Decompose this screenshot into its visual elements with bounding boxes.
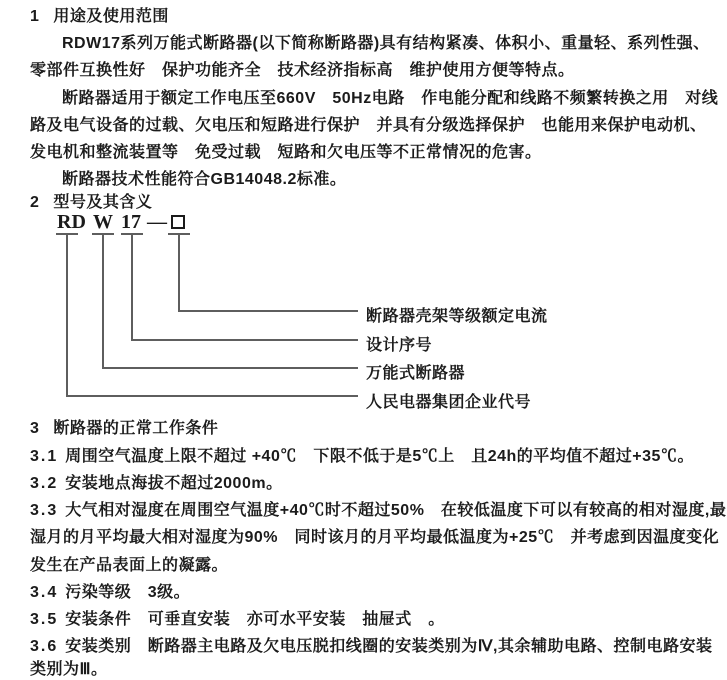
clause-text: 安装条件 可垂直安装 亦可水平安装 抽屉式 。 [65, 611, 445, 628]
model-part-rd: RD [57, 211, 86, 234]
section-3-heading: 3断路器的正常工作条件 [30, 419, 218, 439]
clause-text: 安装类别 断路器主电路及欠电压脱扣线圈的安装类别为Ⅳ,其余辅助电路、控制电路安装 [65, 638, 712, 655]
stem-box [178, 235, 180, 312]
clause-text: 污染等级 3级。 [65, 584, 190, 601]
diagram-label-frame-current: 断路器壳架等级额定电流 [366, 303, 548, 326]
paragraph-line: 断路器适用于额定工作电压至660V 50Hz电路 作电能分配和线路不频繁转换之用… [62, 89, 718, 109]
paragraph-line: 路及电气设备的过载、欠电压和短路进行保护 并具有分级选择保护 也能用来保护电动机… [30, 116, 707, 136]
clause-text: 安装地点海拔不超过2000m。 [65, 475, 282, 492]
model-dash: — [147, 211, 167, 234]
leader-line-frame-current [178, 310, 358, 312]
section-1-number: 1 [30, 7, 39, 27]
clause-number: 3.2 [30, 474, 58, 494]
clause-text: 周围空气温度上限不超过 +40℃ 下限不低于是5℃上 且24h的平均值不超过+3… [65, 448, 694, 465]
clause-3-1: 3.1周围空气温度上限不超过 +40℃ 下限不低于是5℃上 且24h的平均值不超… [30, 447, 694, 467]
section-1-title: 用途及使用范围 [53, 8, 169, 25]
clause-number: 3.4 [30, 583, 58, 603]
clause-text: 大气相对湿度在周围空气温度+40℃时不超过50% 在较低温度下可以有较高的相对湿… [65, 502, 726, 519]
section-2-heading: 2型号及其含义 [30, 193, 152, 213]
stem-17 [131, 235, 133, 341]
clause-3-6-continuation: 类别为Ⅲ。 [30, 660, 108, 680]
clause-3-6: 3.6安装类别 断路器主电路及欠电压脱扣线圈的安装类别为Ⅳ,其余辅助电路、控制电… [30, 637, 712, 657]
leader-line-universal-breaker [102, 367, 358, 369]
paragraph-line: 断路器技术性能符合GB14048.2标准。 [62, 170, 346, 190]
leader-line-design-number [131, 339, 358, 341]
clause-number: 3.6 [30, 637, 58, 657]
clause-3-4: 3.4污染等级 3级。 [30, 583, 190, 603]
model-part-17: 17 [121, 211, 141, 234]
document-page: 1用途及使用范围 RDW17系列万能式断路器(以下简称断路器)具有结构紧凑、体积… [0, 0, 727, 680]
clause-3-3-continuation: 发生在产品表面上的凝露。 [30, 556, 228, 576]
diagram-label-design-number: 设计序号 [366, 332, 432, 355]
model-part-w: W [93, 211, 113, 234]
clause-number: 3.5 [30, 610, 58, 630]
section-3-number: 3 [30, 419, 39, 439]
stem-w [102, 235, 104, 369]
section-3-title: 断路器的正常工作条件 [53, 420, 218, 437]
clause-number: 3.3 [30, 501, 58, 521]
section-2-number: 2 [30, 193, 39, 213]
section-2-title: 型号及其含义 [53, 194, 152, 211]
clause-3-3: 3.3大气相对湿度在周围空气温度+40℃时不超过50% 在较低温度下可以有较高的… [30, 501, 726, 521]
model-placeholder-box [171, 215, 185, 229]
paragraph-line: RDW17系列万能式断路器(以下简称断路器)具有结构紧凑、体积小、重量轻、系列性… [62, 34, 710, 54]
stem-rd [66, 235, 68, 397]
clause-number: 3.1 [30, 447, 58, 467]
paragraph-line: 零部件互换性好 保护功能齐全 技术经济指标高 维护使用方便等特点。 [30, 61, 575, 81]
leader-line-company-code [66, 395, 358, 397]
diagram-label-company-code: 人民电器集团企业代号 [366, 389, 531, 412]
section-1-heading: 1用途及使用范围 [30, 7, 169, 27]
clause-3-2: 3.2安装地点海拔不超过2000m。 [30, 474, 283, 494]
clause-3-5: 3.5安装条件 可垂直安装 亦可水平安装 抽屉式 。 [30, 610, 445, 630]
diagram-label-universal-breaker: 万能式断路器 [366, 360, 465, 383]
paragraph-line: 发电机和整流装置等 免受过载 短路和欠电压等不正常情况的危害。 [30, 143, 542, 163]
clause-3-3-continuation: 湿月的月平均最大相对湿度为90% 同时该月的月平均最低温度为+25℃ 并考虑到因… [30, 528, 719, 548]
